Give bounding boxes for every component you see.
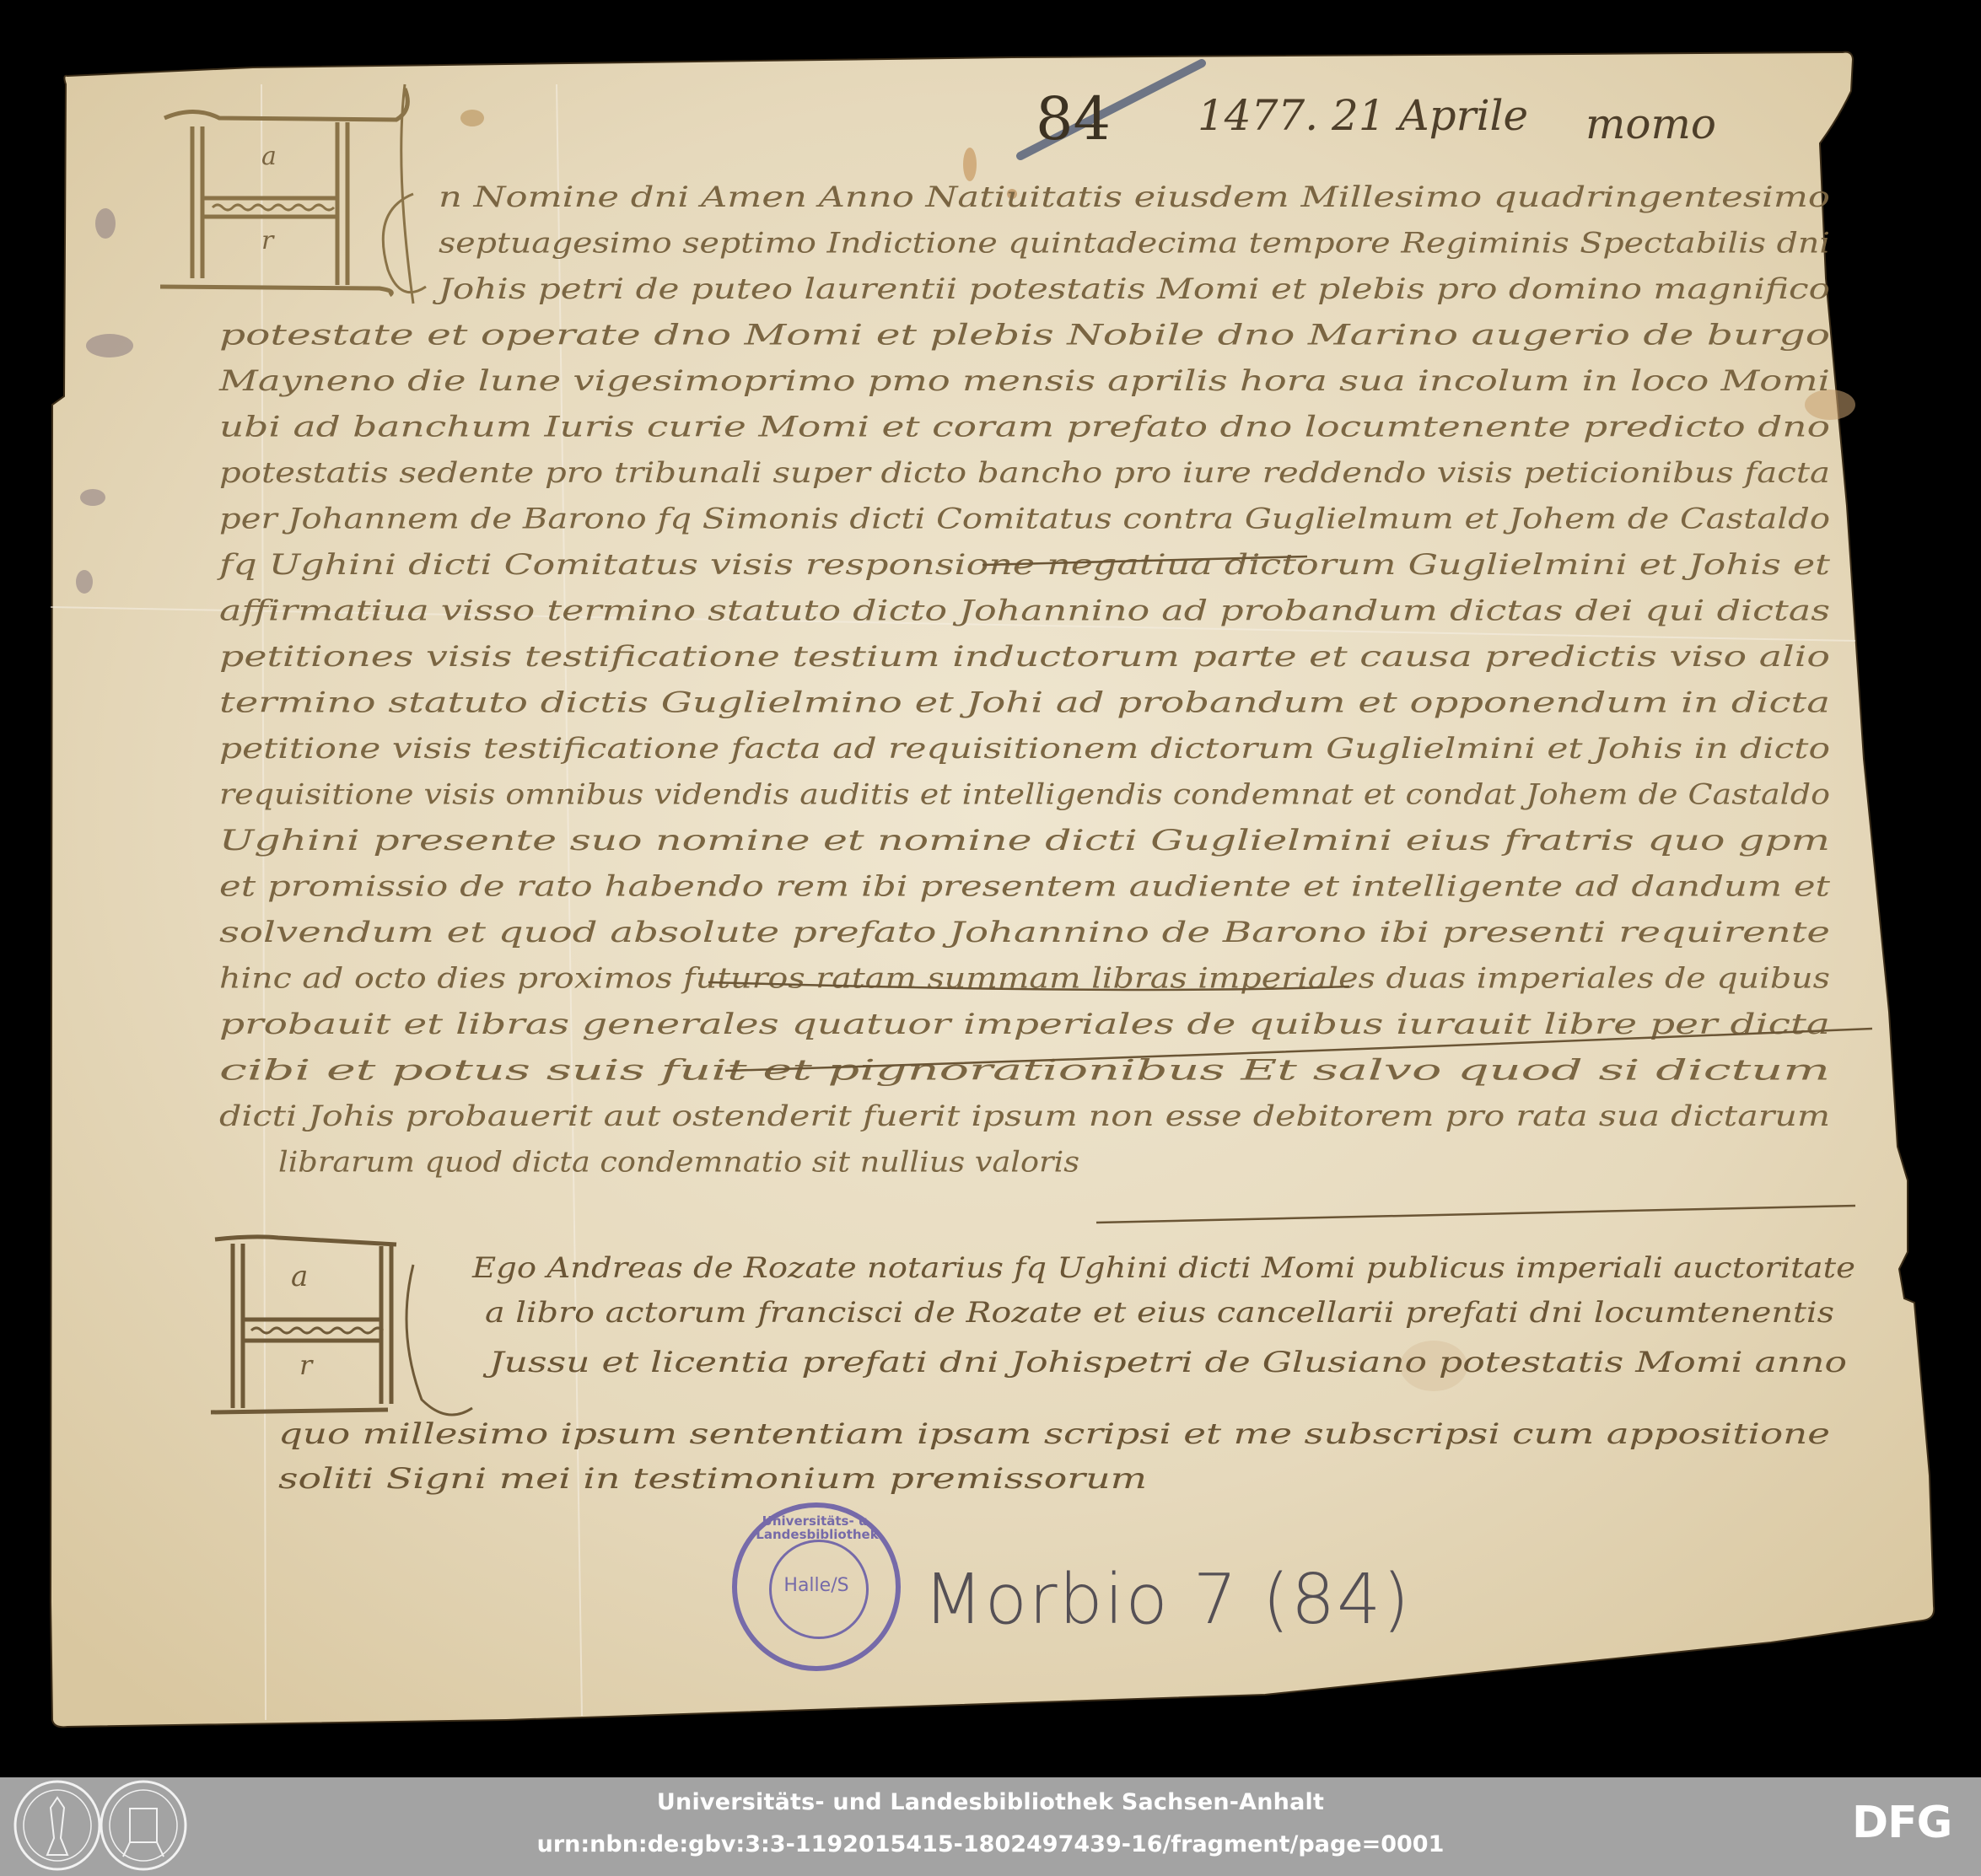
text-line: potestate et operate dno Momi et plebis … xyxy=(219,319,1830,352)
initial-label-top-2: a xyxy=(291,1260,308,1293)
text-line: petitiones visis testificatione testium … xyxy=(219,640,1830,674)
initial-label-top: a xyxy=(261,142,277,171)
text-line: affirmatiua visso termino statuto dicto … xyxy=(219,594,1830,628)
text-line: cibi et potus suis fuit et pignorationib… xyxy=(219,1054,1830,1088)
text-line: n Nomine dni Amen Anno Natiuitatis eiusd… xyxy=(439,180,1830,214)
notary-line: Jussu et licentia prefati dni Johispetri… xyxy=(482,1346,1847,1379)
image-viewer: a r a r n Nomine dni Amen Anno Natiuitat… xyxy=(0,0,1981,1777)
notary-line: soliti Signi mei in testimonium premisso… xyxy=(278,1462,1147,1496)
initial-label-bottom-2: r xyxy=(299,1349,314,1381)
text-line: petitione visis testificatione facta ad … xyxy=(219,732,1830,766)
text-line: librarum quod dicta condemnatio sit null… xyxy=(278,1146,1079,1180)
notary-line: a libro actorum francisci de Rozate et e… xyxy=(485,1296,1834,1330)
date-note: 1477. 21 Aprile xyxy=(1198,91,1528,140)
footer-bar: Universitäts- und Landesbibliothek Sachs… xyxy=(0,1777,1981,1876)
text-line: requisitione visis omnibus videndis audi… xyxy=(219,778,1830,812)
text-line: Johis petri de puteo laurentii potestati… xyxy=(433,272,1830,306)
urn-identifier[interactable]: urn:nbn:de:gbv:3:3-1192015415-1802497439… xyxy=(0,1831,1981,1857)
text-line: dicti Johis probauerit aut ostenderit fu… xyxy=(219,1099,1830,1133)
initial-label-bottom: r xyxy=(261,226,275,255)
stamp-center-text: Halle/S xyxy=(737,1575,896,1596)
parchment-document: a r a r n Nomine dni Amen Anno Natiuitat… xyxy=(0,0,1981,1777)
text-line: potestatis sedente pro tribunali super d… xyxy=(219,456,1830,490)
library-stamp: Universitäts- u. Landesbibliothek Halle/… xyxy=(732,1502,901,1671)
text-line: septuagesimo septimo Indictione quintade… xyxy=(439,227,1830,261)
dfg-logo: DFG xyxy=(1852,1798,1951,1848)
text-line: probauit et libras generales quatuor imp… xyxy=(219,1008,1830,1041)
institution-name: Universitäts- und Landesbibliothek Sachs… xyxy=(0,1789,1981,1815)
text-line: per Johannem de Barono fq Simonis dicti … xyxy=(219,503,1830,536)
notary-line: Ego Andreas de Rozate notarius fq Ughini… xyxy=(471,1251,1855,1285)
text-line: ubi ad banchum Iuris curie Momi et coram… xyxy=(219,411,1830,444)
struck-number: 84 xyxy=(1036,84,1111,153)
stamp-ring-text: Universitäts- u. Landesbibliothek xyxy=(746,1514,889,1541)
text-line: solvendum et quod absolute prefato Johan… xyxy=(219,916,1830,949)
text-line: et promissio de rato habendo rem ibi pre… xyxy=(219,870,1830,904)
text-line: Ughini presente suo nomine et nomine dic… xyxy=(219,824,1830,857)
text-line: Mayneno die lune vigesimoprimo pmo mensi… xyxy=(218,364,1830,398)
shelfmark-note: Morbio 7 (84) xyxy=(923,1560,1411,1640)
text-line: fq Ughini dicti Comitatus visis responsi… xyxy=(216,548,1830,582)
text-line: termino statuto dictis Guglielmino et Jo… xyxy=(219,686,1830,720)
text-line: hinc ad octo dies proximos futuros ratam… xyxy=(219,962,1830,996)
notary-line: quo millesimo ipsum sententiam ipsam scr… xyxy=(278,1417,1830,1451)
place-note: momo xyxy=(1585,99,1716,148)
